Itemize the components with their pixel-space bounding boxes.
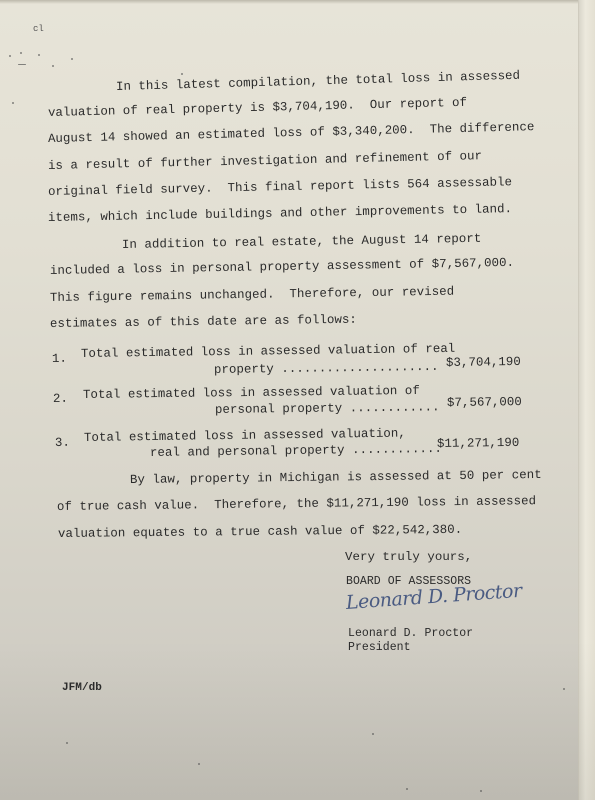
item-amount: $11,271,190 [437,436,520,451]
text-line: August 14 showed an estimated loss of $3… [48,120,535,146]
page-shadow [0,640,595,800]
text-line: valuation of real property is $3,704,190… [48,96,467,120]
text-line: By law, property in Michigan is assessed… [130,468,542,487]
item-description-cont: real and personal property ............ [150,442,442,460]
signer-name: Leonard D. Proctor [348,627,473,641]
reference-initials: JFM/db [62,681,102,695]
speck [372,733,374,735]
corner-mark: cl [33,24,44,34]
item-amount: $7,567,000 [447,395,522,410]
speck [71,58,73,60]
text-line: In addition to real estate, the August 1… [122,232,482,252]
salutation: Very truly yours, [345,550,472,564]
speck [480,790,482,792]
text-line: This figure remains unchanged. Therefore… [50,285,454,305]
text-line: is a result of further investigation and… [48,149,482,173]
speck [12,102,14,104]
signer-title: President [348,641,411,655]
text-line: of true cash value. Therefore, the $11,2… [57,494,536,514]
page-top-edge [0,0,595,4]
signature: Leonard D. Proctor [340,590,560,624]
item-description: Total estimated loss in assessed valuati… [81,342,455,361]
item-number: 1. [52,352,67,366]
text-line: items, which include buildings and other… [48,202,512,225]
item-number: 2. [53,392,68,406]
item-description-cont: property ..................... [214,360,439,377]
item-number: 3. [55,436,70,450]
item-description-cont: personal property ............ [215,400,440,417]
text-line: valuation equates to a true cash value o… [58,523,462,541]
text-line: In this latest compilation, the total lo… [116,69,520,94]
speck [181,73,183,75]
item-description: Total estimated loss in assessed valuati… [83,384,420,402]
speck [52,65,54,67]
speck [406,788,408,790]
document-page: cl In this latest compilation, the total… [0,0,595,800]
text-line: estimates as of this date are as follows… [50,313,357,331]
speck [38,54,40,56]
text-line: included a loss in personal property ass… [50,256,514,278]
speck [20,52,22,54]
speck [9,55,11,57]
item-amount: $3,704,190 [446,355,521,370]
speck [18,64,26,65]
speck [198,763,200,765]
speck [563,688,565,690]
speck [66,742,68,744]
text-line: original field survey. This final report… [48,175,512,199]
